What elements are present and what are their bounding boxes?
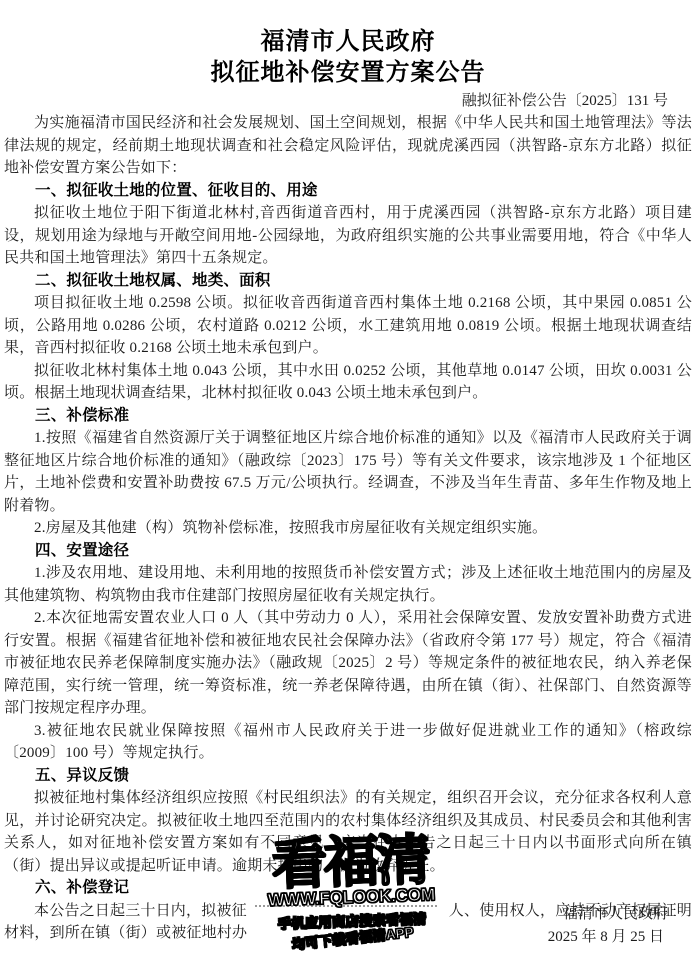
obscured-text-gap: [247, 900, 449, 923]
section-1-paragraph: 拟征收土地位于阳下街道北林村,音西街道音西村，用于虎溪西园（洪智路-京东方北路）…: [4, 202, 692, 270]
doc-number: 融拟征补偿公告〔2025〕131 号: [0, 90, 696, 112]
signature-block: 福清市人民政府 2025 年 8 月 25 日: [548, 903, 668, 948]
document-body: 为实施福清市国民经济和社会发展规划、国土空间规划，根据《中华人民共和国土地管理法…: [0, 112, 696, 945]
section-6-line1-prefix: 本公告之日起三十日内，拟被征: [4, 900, 247, 923]
section-4-paragraph-2: 2.本次征地需安置农业人口 0 人（其中劳动力 0 人），采用社会保障安置、发放…: [4, 607, 692, 720]
document-header: 福清市人民政府 拟征地补偿安置方案公告: [0, 0, 696, 88]
intro-paragraph: 为实施福清市国民经济和社会发展规划、国土空间规划，根据《中华人民共和国土地管理法…: [4, 112, 692, 180]
section-4-paragraph-3: 3.被征地农民就业保障按照《福州市人民政府关于进一步做好促进就业工作的通知》（榕…: [4, 720, 692, 765]
signature-date: 2025 年 8 月 25 日: [548, 926, 668, 949]
section-2-heading: 二、拟征收土地权属、地类、面积: [4, 270, 692, 293]
section-3-paragraph-1: 1.按照《福建省自然资源厅关于调整征地区片综合地价标准的通知》以及《福清市人民政…: [4, 427, 692, 517]
page-title-issuer: 福清市人民政府: [0, 26, 696, 57]
section-4-heading: 四、安置途径: [4, 540, 692, 563]
section-6-heading: 六、补偿登记: [4, 877, 692, 900]
section-3-heading: 三、补偿标准: [4, 405, 692, 428]
section-1-heading: 一、拟征收土地的位置、征收目的、用途: [4, 180, 692, 203]
section-5-paragraph: 拟被征地村集体经济组织应按照《村民组织法》的有关规定，组织召开会议，充分征求各权…: [4, 787, 692, 877]
section-2-paragraph-2: 拟征收北林村集体土地 0.043 公顷，其中水田 0.0252 公顷，其他草地 …: [4, 360, 692, 405]
page-title-subject: 拟征地补偿安置方案公告: [0, 57, 696, 88]
signature-issuer: 福清市人民政府: [548, 903, 668, 926]
section-2-paragraph-1: 项目拟征收土地 0.2598 公顷。拟征收音西街道音西村集体土地 0.2168 …: [4, 292, 692, 360]
section-4-paragraph-1: 1.涉及农用地、建设用地、未利用地的按照货币补偿安置方式；涉及上述征收土地范围内…: [4, 562, 692, 607]
announcement-document: 福清市人民政府 拟征地补偿安置方案公告 融拟征补偿公告〔2025〕131 号 为…: [0, 0, 696, 956]
section-5-heading: 五、异议反馈: [4, 765, 692, 788]
section-3-paragraph-2: 2.房屋及其他建（构）筑物补偿标准，按照我市房屋征收有关规定组织实施。: [4, 517, 692, 540]
